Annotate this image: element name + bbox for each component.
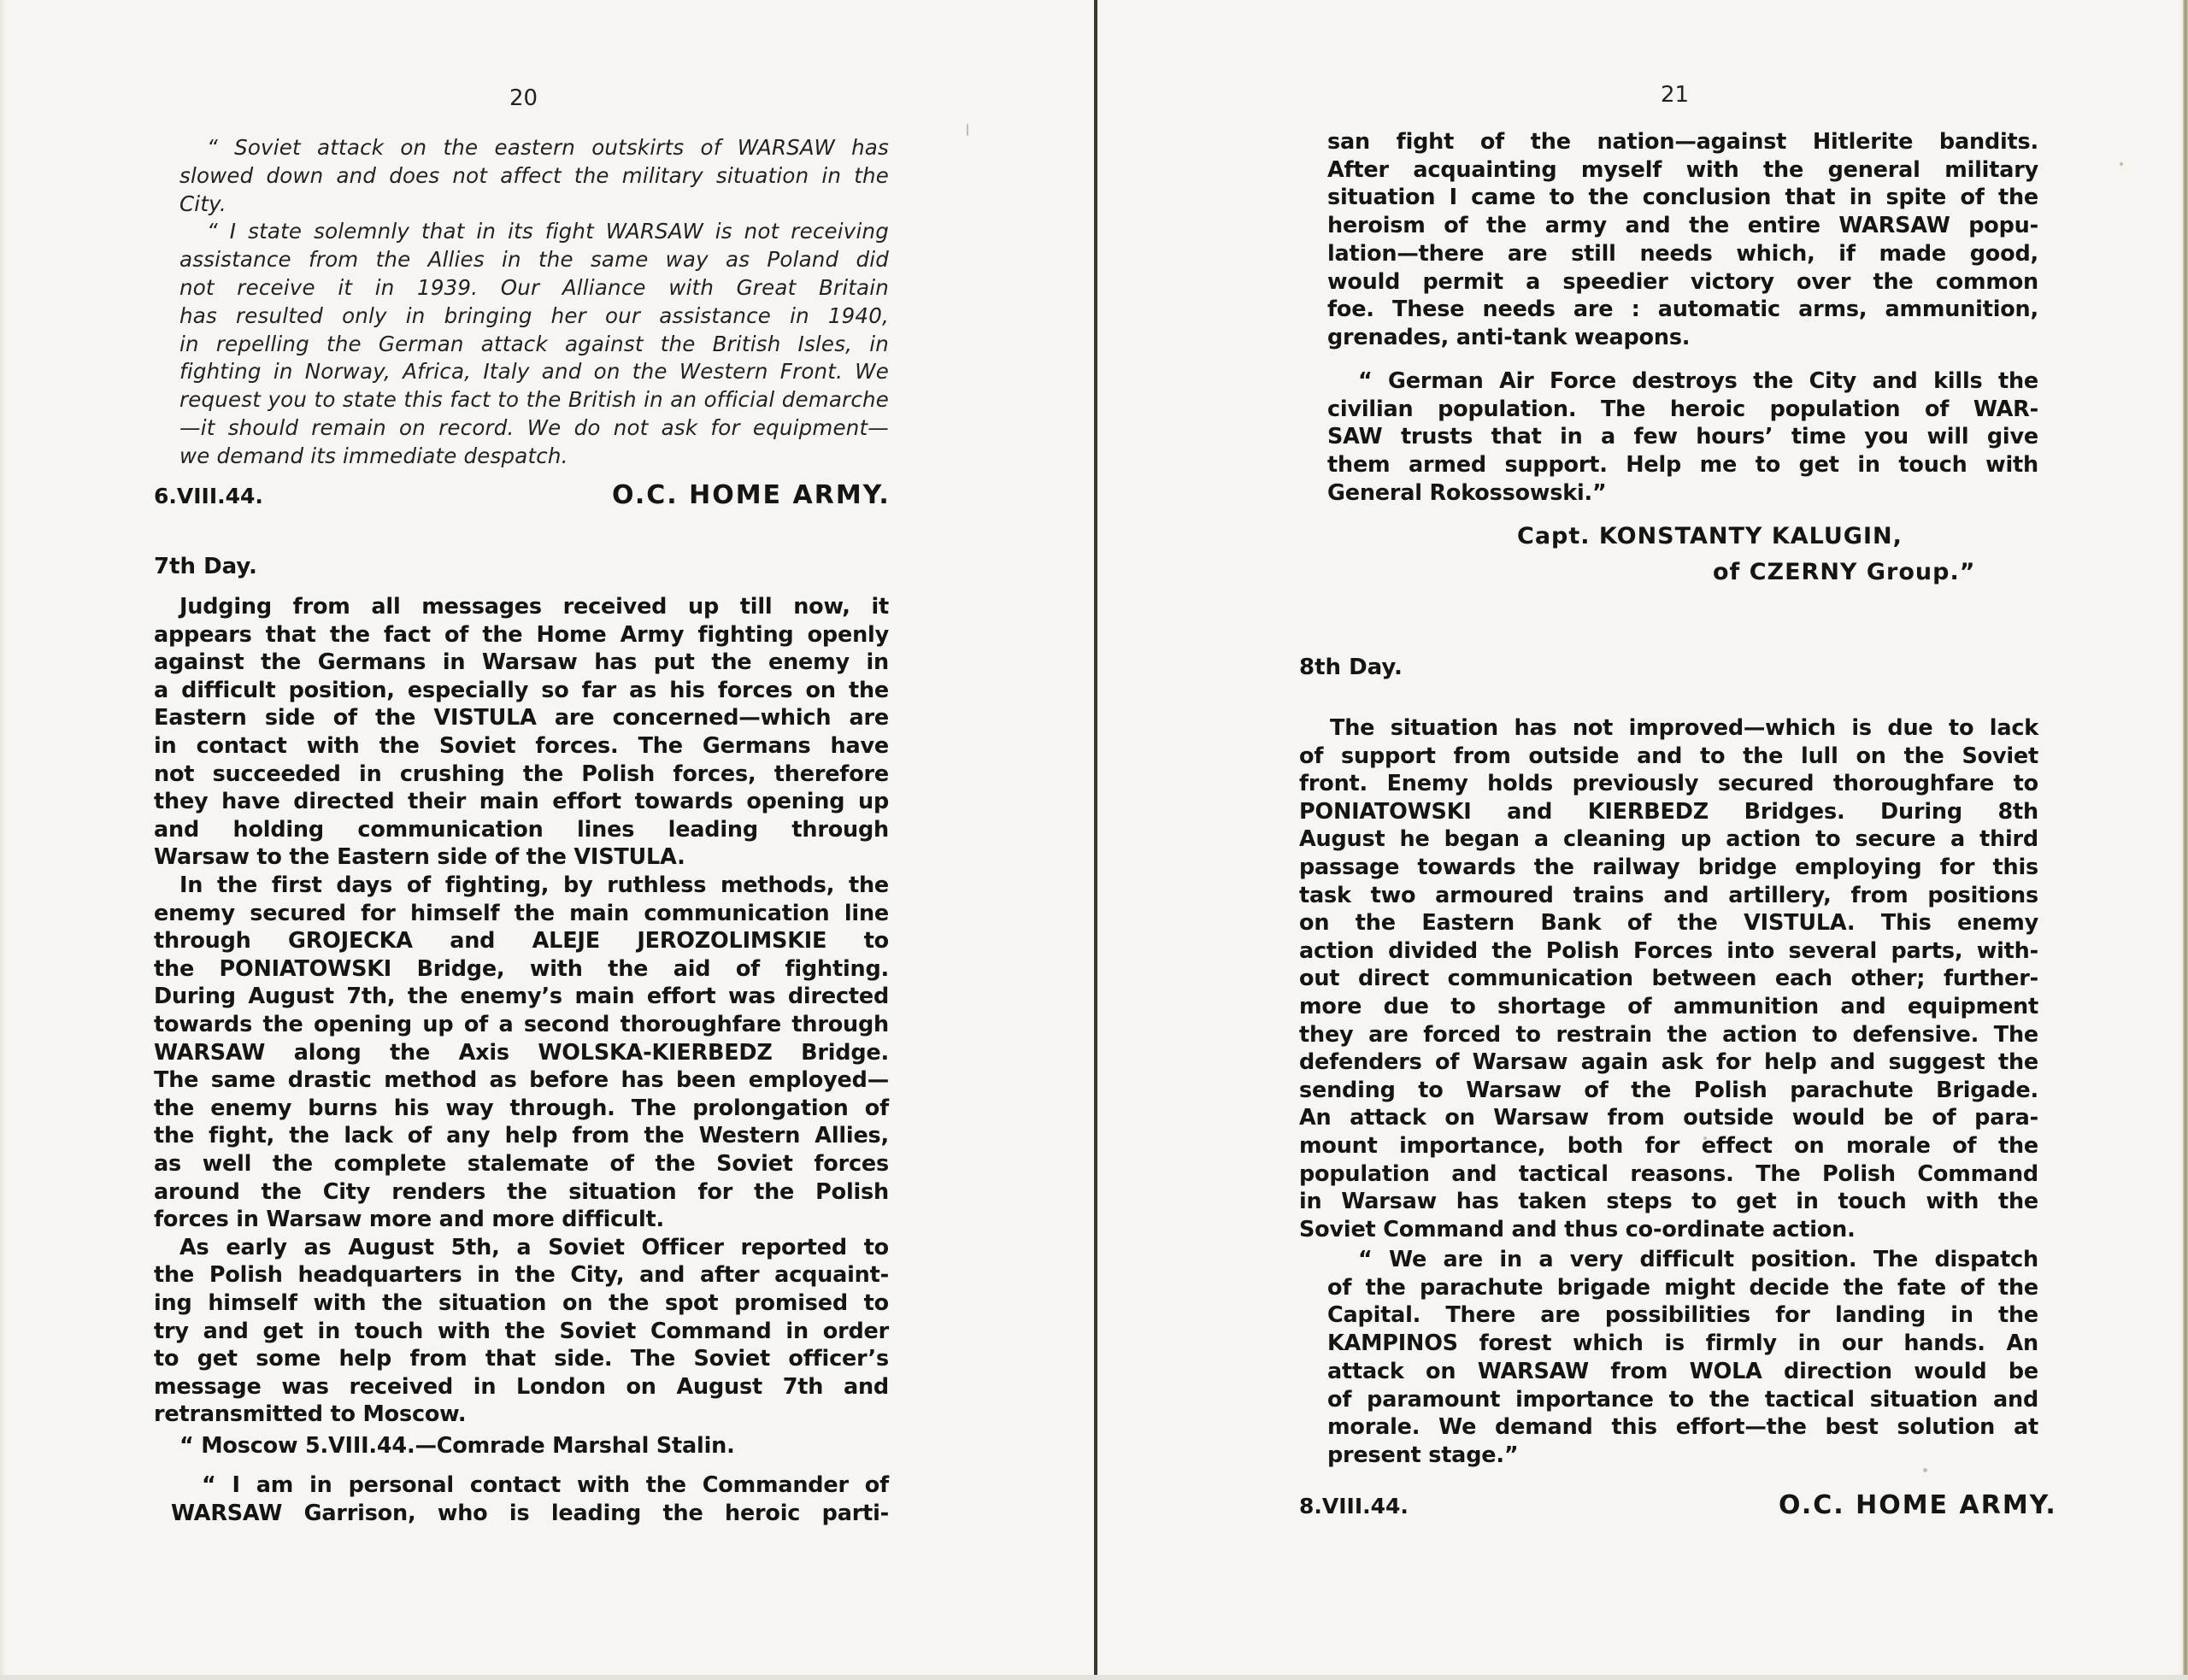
body-line: around the City renders the situation fo…: [154, 1179, 889, 1205]
left-signature-signer: O.C. HOME ARMY.: [612, 480, 891, 510]
body-line: to get some help from that side. The Sov…: [154, 1346, 889, 1372]
body-line: task two armoured trains and artillery, …: [1299, 883, 2038, 908]
quote-line: KAMPINOS forest which is firmly in our h…: [1327, 1330, 2038, 1356]
telegram-heading: “ Moscow 5.VIII.44.—Comrade Marshal Stal…: [179, 1433, 889, 1459]
body-line: An attack on Warsaw from outside would b…: [1299, 1105, 2038, 1131]
body-line: sending to Warsaw of the Polish parachut…: [1299, 1078, 2038, 1103]
body-line: forces in Warsaw more and more difficult…: [154, 1207, 889, 1232]
left-signature-date: 6.VIII.44.: [154, 484, 263, 508]
quote-line: “ German Air Force destroys the City and…: [1358, 368, 2038, 394]
quote-line: Capital. There are possibilities for lan…: [1327, 1302, 2038, 1328]
body-line: in Warsaw has taken steps to get in touc…: [1299, 1189, 2038, 1214]
body-line: san fight of the nation—against Hitlerit…: [1327, 129, 2038, 155]
page-number-right: 21: [1661, 82, 1689, 108]
body-line: action divided the Polish Forces into se…: [1299, 938, 2038, 964]
body-line: on the Eastern Bank of the VISTULA. This…: [1299, 910, 2038, 936]
quote-line: civilian population. The heroic populati…: [1327, 397, 2038, 422]
body-line: population and tactical reasons. The Pol…: [1299, 1161, 2038, 1187]
body-line: As early as August 5th, a Soviet Officer…: [179, 1235, 889, 1260]
body-line: against the Germans in Warsaw has put th…: [154, 649, 889, 675]
section-heading-8th-day: 8th Day.: [1299, 655, 1403, 680]
book-gutter: [1094, 0, 1097, 1675]
body-line: passage towards the railway bridge emplo…: [1299, 855, 2038, 880]
paper-speck: [1703, 1137, 1707, 1140]
body-line: The situation has not improved—which is …: [1330, 715, 2038, 741]
body-line: more due to shortage of ammunition and e…: [1299, 994, 2038, 1019]
body-line: Eastern side of the VISTULA are concerne…: [154, 705, 889, 731]
body-line: appears that the fact of the Home Army f…: [154, 622, 889, 648]
quote-line: attack on WARSAW from WOLA direction wou…: [1327, 1359, 2038, 1384]
quote-line: them armed support. Help me to get in to…: [1327, 452, 2038, 478]
body-line: not succeeded in crushing the Polish for…: [154, 761, 889, 787]
body-line: would permit a speedier victory over the…: [1327, 269, 2038, 295]
body-line: the fight, the lack of any help from the…: [154, 1123, 889, 1148]
quote-line: “ I state solemnly that in its fight WAR…: [207, 219, 889, 244]
body-line: ing himself with the situation on the sp…: [154, 1290, 889, 1316]
body-line: front. Enemy holds previously secured th…: [1299, 771, 2038, 796]
body-line: in contact with the Soviet forces. The G…: [154, 733, 889, 759]
body-line: August he began a cleaning up action to …: [1299, 826, 2038, 852]
body-line: The same drastic method as before has be…: [154, 1067, 889, 1093]
paper-speck: [967, 124, 968, 136]
quote-line: General Rokossowski.”: [1327, 480, 2038, 506]
body-line: lation—there are still needs which, if m…: [1327, 241, 2038, 267]
quote-line: SAW trusts that in a few hours’ time you…: [1327, 424, 2038, 449]
body-line: the Polish headquarters in the City, and…: [154, 1262, 889, 1288]
body-line: try and get in touch with the Soviet Com…: [154, 1319, 889, 1344]
quote-line: “ Soviet attack on the eastern outskirts…: [207, 135, 889, 161]
body-line: they are forced to restrain the action t…: [1299, 1022, 2038, 1048]
right-signature-date: 8.VIII.44.: [1299, 1494, 1409, 1518]
body-line: as well the complete stalemate of the So…: [154, 1151, 889, 1177]
body-line: through GROJECKA and ALEJE JEROZOLIMSKIE…: [154, 928, 889, 954]
body-line: retransmitted to Moscow.: [154, 1401, 889, 1427]
body-line: After acquainting myself with the genera…: [1327, 157, 2038, 183]
body-line: and holding communication lines leading …: [154, 817, 889, 843]
body-line: WARSAW along the Axis WOLSKA-KIERBEDZ Br…: [154, 1040, 889, 1066]
body-line: the enemy burns his way through. The pro…: [154, 1096, 889, 1121]
body-line: towards the opening up of a second thoro…: [154, 1012, 889, 1037]
body-line: In the first days of fighting, by ruthle…: [179, 872, 889, 898]
body-line: foe. These needs are : automatic arms, a…: [1327, 297, 2038, 322]
quote-line: in repelling the German attack against t…: [179, 332, 889, 357]
quote-line: of paramount importance to the tactical …: [1327, 1387, 2038, 1413]
body-line: During August 7th, the enemy’s main effo…: [154, 984, 889, 1009]
body-line: Soviet Command and thus co-ordinate acti…: [1299, 1217, 2038, 1242]
quote-line: —it should remain on record. We do not a…: [179, 415, 889, 441]
body-line: of support from outside and to the lull …: [1299, 743, 2038, 769]
body-line: heroism of the army and the entire WARSA…: [1327, 213, 2038, 238]
body-line: message was received in London on August…: [154, 1374, 889, 1400]
right-signature-signer: O.C. HOME ARMY.: [1779, 1490, 2057, 1520]
quote-line: City.: [179, 191, 889, 217]
quote-line: present stage.”: [1327, 1442, 2038, 1468]
body-line: situation I came to the conclusion that …: [1327, 185, 2038, 210]
signer-group: of CZERNY Group.”: [1713, 559, 1975, 585]
quote-line: assistance from the Allies in the same w…: [179, 247, 889, 273]
signer-name: Capt. KONSTANTY KALUGIN,: [1517, 523, 1903, 549]
quote-line: we demand its immediate despatch.: [179, 443, 889, 469]
quote-line: not receive it in 1939. Our Alliance wit…: [179, 275, 889, 301]
body-line: enemy secured for himself the main commu…: [154, 901, 889, 926]
telegram-line: “ I am in personal contact with the Comm…: [202, 1472, 889, 1498]
body-line: out direct communication between each ot…: [1299, 966, 2038, 991]
quote-line: request you to state this fact to the Br…: [179, 387, 889, 413]
quote-line: fighting in Norway, Africa, Italy and on…: [179, 359, 889, 385]
body-line: mount importance, both for effect on mor…: [1299, 1133, 2038, 1159]
quote-line: “ We are in a very difficult position. T…: [1358, 1247, 2038, 1272]
quote-line: has resulted only in bringing her our as…: [179, 303, 889, 329]
quote-line: slowed down and does not affect the mili…: [179, 163, 889, 189]
page-number-left: 20: [509, 85, 538, 111]
section-heading-7th-day: 7th Day.: [154, 554, 257, 579]
quote-line: morale. We demand this effort—the best s…: [1327, 1414, 2038, 1440]
body-line: grenades, anti-tank weapons.: [1327, 325, 2038, 350]
body-line: Judging from all messages received up ti…: [179, 594, 889, 620]
body-line: they have directed their main effort tow…: [154, 789, 889, 814]
body-line: Warsaw to the Eastern side of the VISTUL…: [154, 844, 889, 870]
body-line: defenders of Warsaw again ask for help a…: [1299, 1049, 2038, 1075]
paper-speck: [2120, 162, 2123, 166]
scan-bottom-edge: [0, 1675, 2188, 1680]
quote-line: of the parachute brigade might decide th…: [1327, 1275, 2038, 1301]
telegram-line: WARSAW Garrison, who is leading the hero…: [171, 1501, 889, 1526]
body-line: PONIATOWSKI and KIERBEDZ Bridges. During…: [1299, 799, 2038, 825]
page-edge: [2183, 0, 2188, 1680]
body-line: the PONIATOWSKI Bridge, with the aid of …: [154, 956, 889, 982]
paper-speck: [1923, 1468, 1927, 1472]
body-line: a difficult position, especially so far …: [154, 678, 889, 703]
